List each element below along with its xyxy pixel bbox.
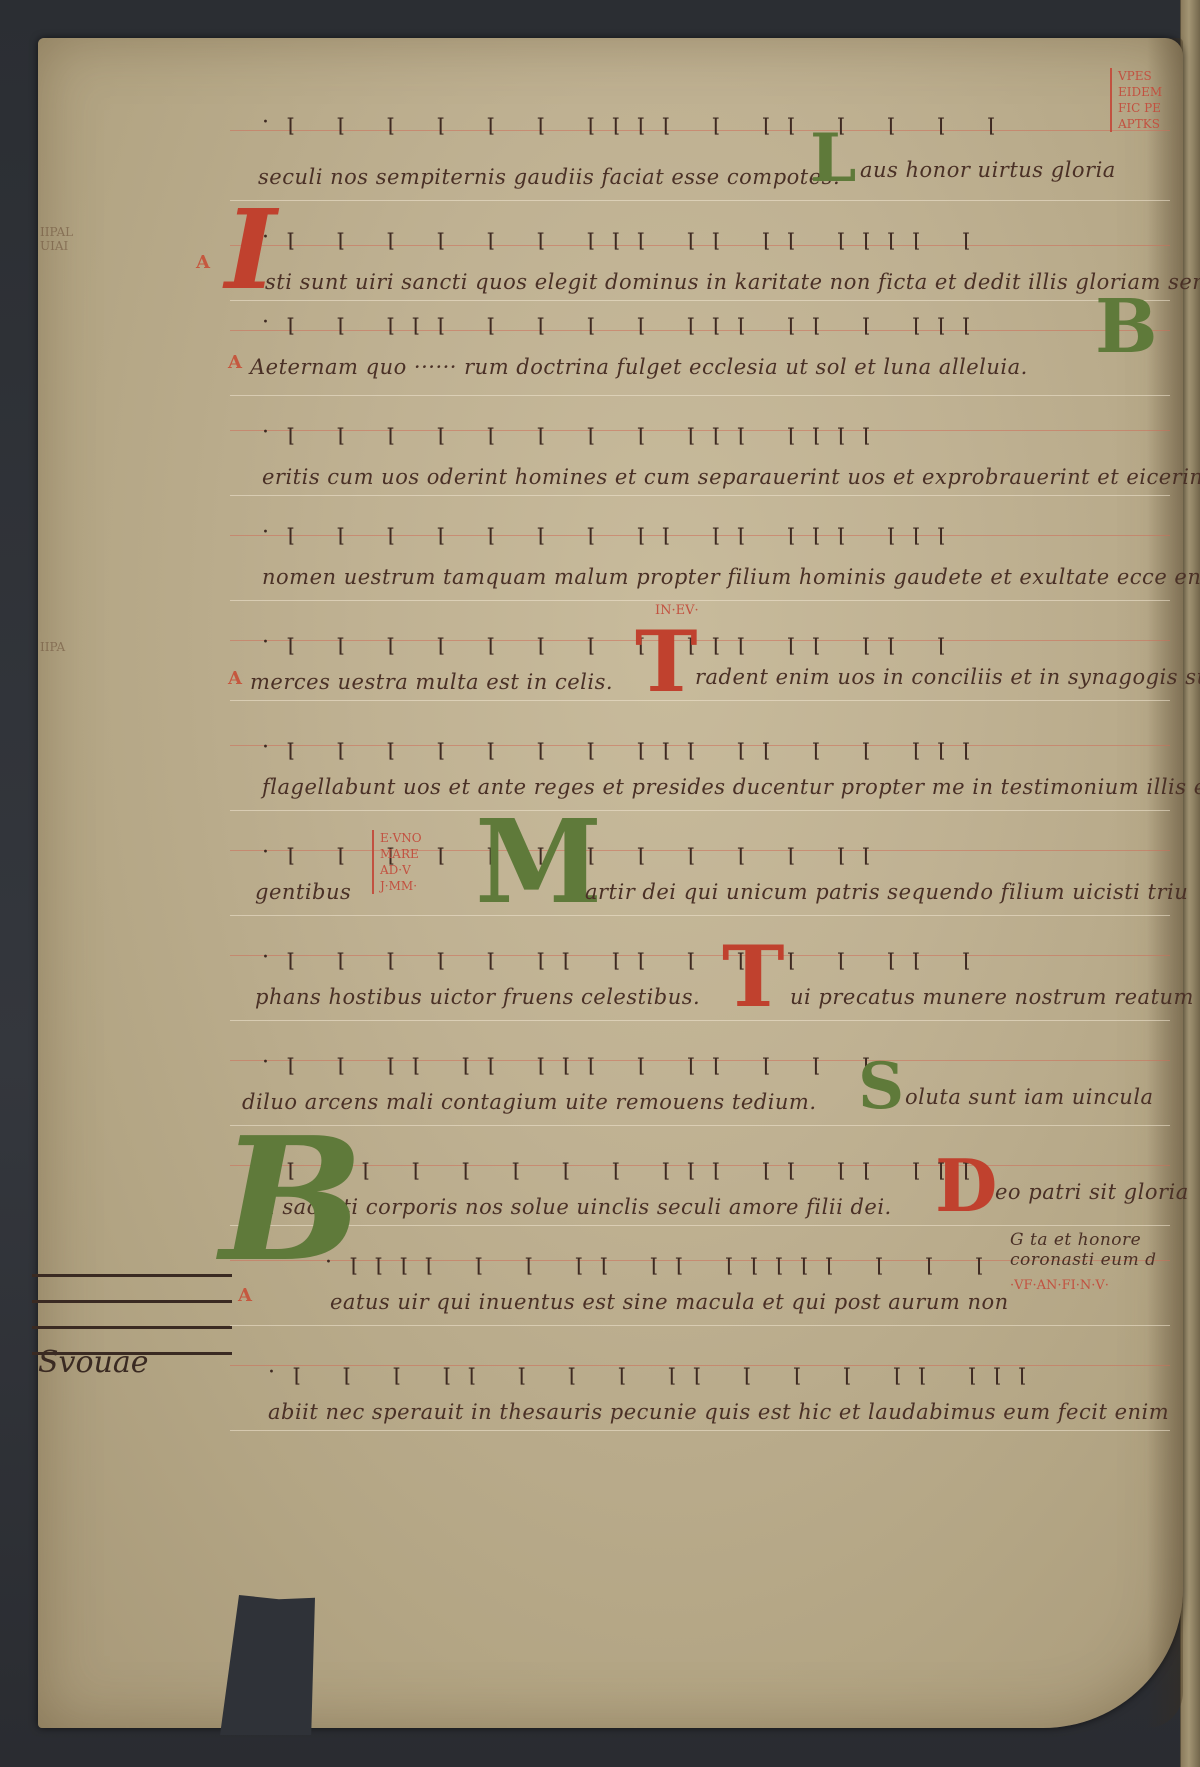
- neumes: ·ꞁ ꞁ ꞁ ꞁ ꞁ ꞁ ꞁꞁꞁꞁ ꞁ ꞁꞁ ꞁ ꞁ ꞁ ꞁ: [262, 110, 1013, 135]
- chant-text-side: G ta et honore coronasti eum d: [1010, 1230, 1157, 1270]
- chant-text: eritis cum uos oderint homines et cum se…: [262, 465, 1200, 489]
- chant-text: Aeternam quo ······ rum doctrina fulget …: [250, 355, 1028, 379]
- chant-text: eo patri sit gloria: [995, 1180, 1189, 1204]
- neumes: ·ꞁꞁꞁꞁ ꞁ ꞁ ꞁꞁ ꞁꞁ ꞁꞁꞁꞁꞁ ꞁ ꞁ ꞁ: [325, 1250, 1001, 1275]
- chant-text: nomen uestrum tamquam malum propter fili…: [262, 565, 1200, 589]
- neumes: ·ꞁ ꞁꞁ ꞁ ꞁ ꞁ ꞁ ꞁ ꞁꞁꞁ ꞁꞁ ꞁꞁ ꞁꞁꞁ: [262, 1155, 988, 1180]
- initial-B: B: [1095, 290, 1158, 364]
- chant-text: flagellabunt uos et ante reges et presid…: [262, 775, 1200, 799]
- neumes: ·ꞁ ꞁ ꞁ ꞁ ꞁ ꞁ ꞁ ꞁ ꞁꞁꞁ ꞁꞁ ꞁꞁ ꞁ: [262, 630, 963, 655]
- initial-T: T: [635, 620, 698, 704]
- cue-letter-a: A: [196, 252, 210, 273]
- initial-M: M: [475, 805, 602, 920]
- chant-text: seculi nos sempiternis gaudiis faciat es…: [258, 165, 840, 189]
- chant-text: radent enim uos in conciliis et in synag…: [695, 665, 1200, 689]
- initial-L: L: [810, 125, 856, 191]
- chant-text: abiit nec sperauit in thesauris pecunie …: [268, 1400, 1169, 1424]
- initial-D: D: [935, 1150, 997, 1222]
- neumes: ·ꞁ ꞁ ꞁ ꞁ ꞁ ꞁꞁ ꞁꞁ ꞁ ꞁ ꞁ ꞁ ꞁꞁ ꞁ: [262, 945, 988, 970]
- chant-text: artir dei qui unicum patris sequendo fil…: [585, 880, 1188, 904]
- chant-text: eatus uir qui inuentus est sine macula e…: [330, 1290, 1009, 1314]
- margin-note-lower: IIPA: [40, 640, 65, 654]
- chant-text: aus honor uirtus gloria: [860, 158, 1116, 182]
- chant-text: gentibus: [255, 880, 351, 904]
- cue-letter-a: A: [238, 1285, 252, 1306]
- neumes: ·ꞁ ꞁ ꞁ ꞁ ꞁ ꞁ ꞁ ꞁꞁ ꞁꞁ ꞁꞁꞁ ꞁꞁꞁ: [262, 520, 963, 545]
- chant-text: sti sunt uiri sancti quos elegit dominus…: [265, 270, 1200, 294]
- neumes: ·ꞁ ꞁ ꞁ ꞁꞁ ꞁ ꞁ ꞁ ꞁꞁ ꞁ ꞁ ꞁ ꞁꞁ ꞁꞁꞁ: [268, 1360, 1044, 1385]
- rubric-bottom-right: ·VF·AN·FI·N·V·: [1010, 1278, 1109, 1294]
- chant-text: phans hostibus uictor fruens celestibus.: [255, 985, 700, 1009]
- cue-letter-a: A: [228, 352, 242, 373]
- margin-note-upper: IIPAL UIAI: [40, 225, 73, 253]
- neumes: ·ꞁ ꞁ ꞁꞁꞁ ꞁ ꞁ ꞁ ꞁ ꞁꞁꞁ ꞁꞁ ꞁ ꞁꞁꞁ: [262, 310, 988, 335]
- neumes: ·ꞁ ꞁ ꞁ ꞁ ꞁ ꞁ ꞁꞁꞁ ꞁꞁ ꞁꞁ ꞁꞁꞁꞁ ꞁ: [262, 225, 988, 250]
- initial-S: S: [858, 1055, 904, 1119]
- marginal-staff-text: Svouae: [38, 1345, 149, 1380]
- neumes: ·ꞁ ꞁ ꞁ ꞁ ꞁ ꞁ ꞁ ꞁ ꞁꞁꞁ ꞁꞁꞁꞁ: [262, 420, 887, 445]
- rubric-top-right: VPES EIDEM FIC PE APTKS: [1110, 68, 1162, 132]
- initial-T: T: [722, 935, 785, 1019]
- neumes: ·ꞁ ꞁ ꞁ ꞁ ꞁ ꞁ ꞁ ꞁꞁꞁ ꞁꞁ ꞁ ꞁ ꞁꞁꞁ: [262, 735, 988, 760]
- neumes: ·ꞁ ꞁ ꞁꞁ ꞁꞁ ꞁꞁꞁ ꞁ ꞁꞁ ꞁ ꞁ ꞁ: [262, 1050, 887, 1075]
- rubric-before-M: E·VNO MARE AD·V J·MM·: [372, 830, 422, 894]
- chant-text: merces uestra multa est in celis.: [250, 670, 613, 694]
- chant-text: oluta sunt iam uincula: [905, 1085, 1154, 1109]
- cue-letter-a: A: [228, 668, 242, 689]
- chant-text: ui precatus munere nostrum reatum: [790, 985, 1194, 1009]
